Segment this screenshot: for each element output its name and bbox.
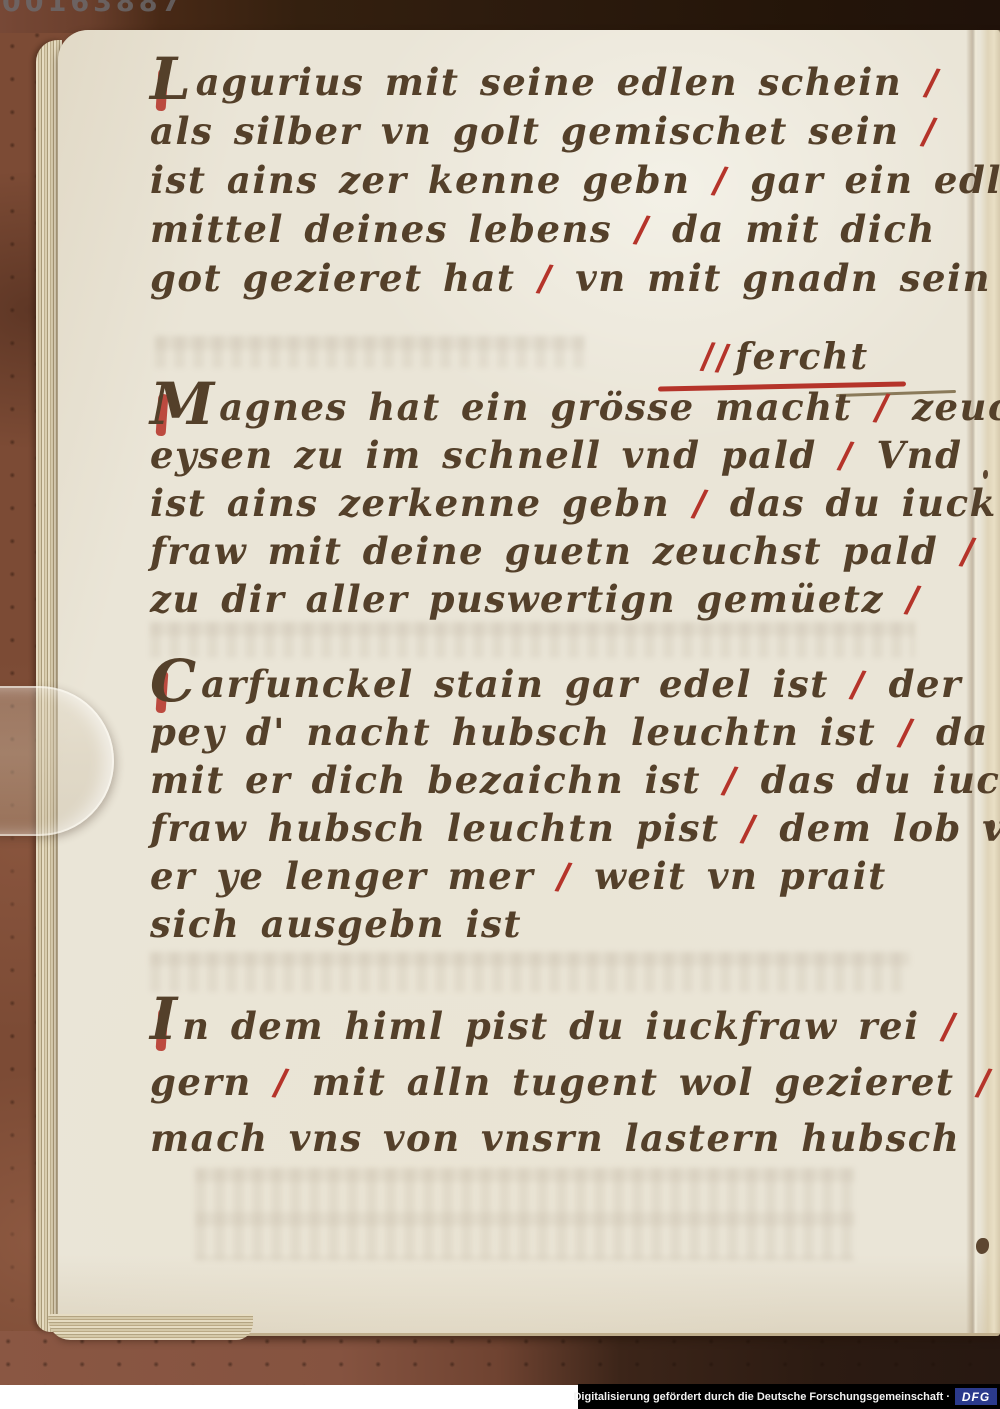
footer-credit-text: Digitalisierung gefördert durch die Deut… [573,1391,950,1403]
manuscript-line: ist ains zerkenne gebn / das du iuck [150,479,960,527]
catchword: ∕∕fercht [640,336,930,378]
rubric-virgule: / [871,382,893,432]
scan-watermark-number: 00163887 [2,0,184,18]
manuscript-line: gern / mit alln tugent wol gezieret / [150,1054,960,1110]
rubric-virgule: / [720,755,742,805]
manuscript-line: mit er dich bezaichn ist / das du iuck [150,756,960,804]
rubric-virgule: / [553,851,575,901]
manuscript-line: fraw hubsch leuchtn pist / dem lob vn [150,804,960,852]
initial-letter: C [150,658,196,704]
manuscript-line: zu dir aller puswertign gemüetz / [150,575,960,623]
paragraph-lines: M agnes hat ein grösse macht / zeuchteys… [150,383,960,623]
paragraph-lines: I n dem himl pist du iuckfraw rei /gern … [150,998,960,1166]
rubric-virgule: / [918,106,940,157]
manuscript-line: mach vns von vnsrn lastern hubsch [150,1110,960,1166]
manuscript-line: eysen zu im schnell vnd pald / Vnd [150,431,960,479]
rubric-virgule: / [270,1053,294,1111]
rubric-virgule: / [938,997,962,1055]
manuscript-line: mittel deines lebens / da mit dich [150,205,960,254]
dfg-logo: DFG [955,1388,997,1405]
initial-letter: M [150,381,214,427]
catchword-text: fercht [735,336,869,378]
rubric-virgule: / [848,659,870,709]
paragraph-lines: C arfunckel stain gar edel ist / derpey … [150,660,960,948]
rubric-virgule: / [534,253,556,304]
rubric-virgule: / [709,155,731,206]
rubric-virgule: / [835,430,857,480]
page-stack-bottom-edge [48,1314,253,1340]
initial-letter: L [150,56,191,102]
manuscript-line: fraw mit deine guetn zeuchst pald / [150,527,960,575]
manuscript-line: got gezieret hat / vn mit gnadn sein / [150,254,960,303]
rubric-virgule: / [921,57,943,108]
manuscript-paragraph: M agnes hat ein grösse macht / zeuchteys… [150,383,960,623]
manuscript-line: n dem himl pist du iuckfraw rei / [150,998,960,1054]
manuscript-line: arfunckel stain gar edel ist / der [150,660,960,708]
manuscript-paragraph: C arfunckel stain gar edel ist / derpey … [150,660,960,948]
rubric-virgule: / [689,478,711,528]
rubric-virgule: / [895,707,917,757]
paragraph-lines: L agurius mit seine edlen schein /als si… [150,58,960,303]
footer-blank-strip [0,1385,578,1409]
manuscript-line: als silber vn golt gemischet sein / [150,107,960,156]
manuscript-photo: 00163887 L agurius mit seine edlen schei… [0,0,1000,1409]
manuscript-line: er ye lenger mer / weit vn prait [150,852,960,900]
initial-letter: I [150,996,177,1042]
manuscript-paragraph: I n dem himl pist du iuckfraw rei /gern … [150,998,960,1166]
catchword-marks: ∕∕ [699,335,734,380]
rubric-virgule: / [631,204,653,255]
manuscript-paragraph: L agurius mit seine edlen schein /als si… [150,58,960,303]
rubric-virgule: / [903,574,925,624]
manuscript-line: sich ausgebn ist [150,900,960,948]
manuscript-line: pey d' nacht hubsch leuchtn ist / da [150,708,960,756]
page-crease [966,30,978,1333]
manuscript-line: agurius mit seine edlen schein / [150,58,960,107]
manuscript-line: agnes hat ein grösse macht / zeucht [150,383,960,431]
page-right-edge [980,30,1000,1333]
footer-credit-bar: Digitalisierung gefördert durch die Deut… [578,1384,1000,1409]
manuscript-line: ist ains zer kenne gebn / gar ein edls [150,156,960,205]
rubric-virgule: / [738,803,760,853]
